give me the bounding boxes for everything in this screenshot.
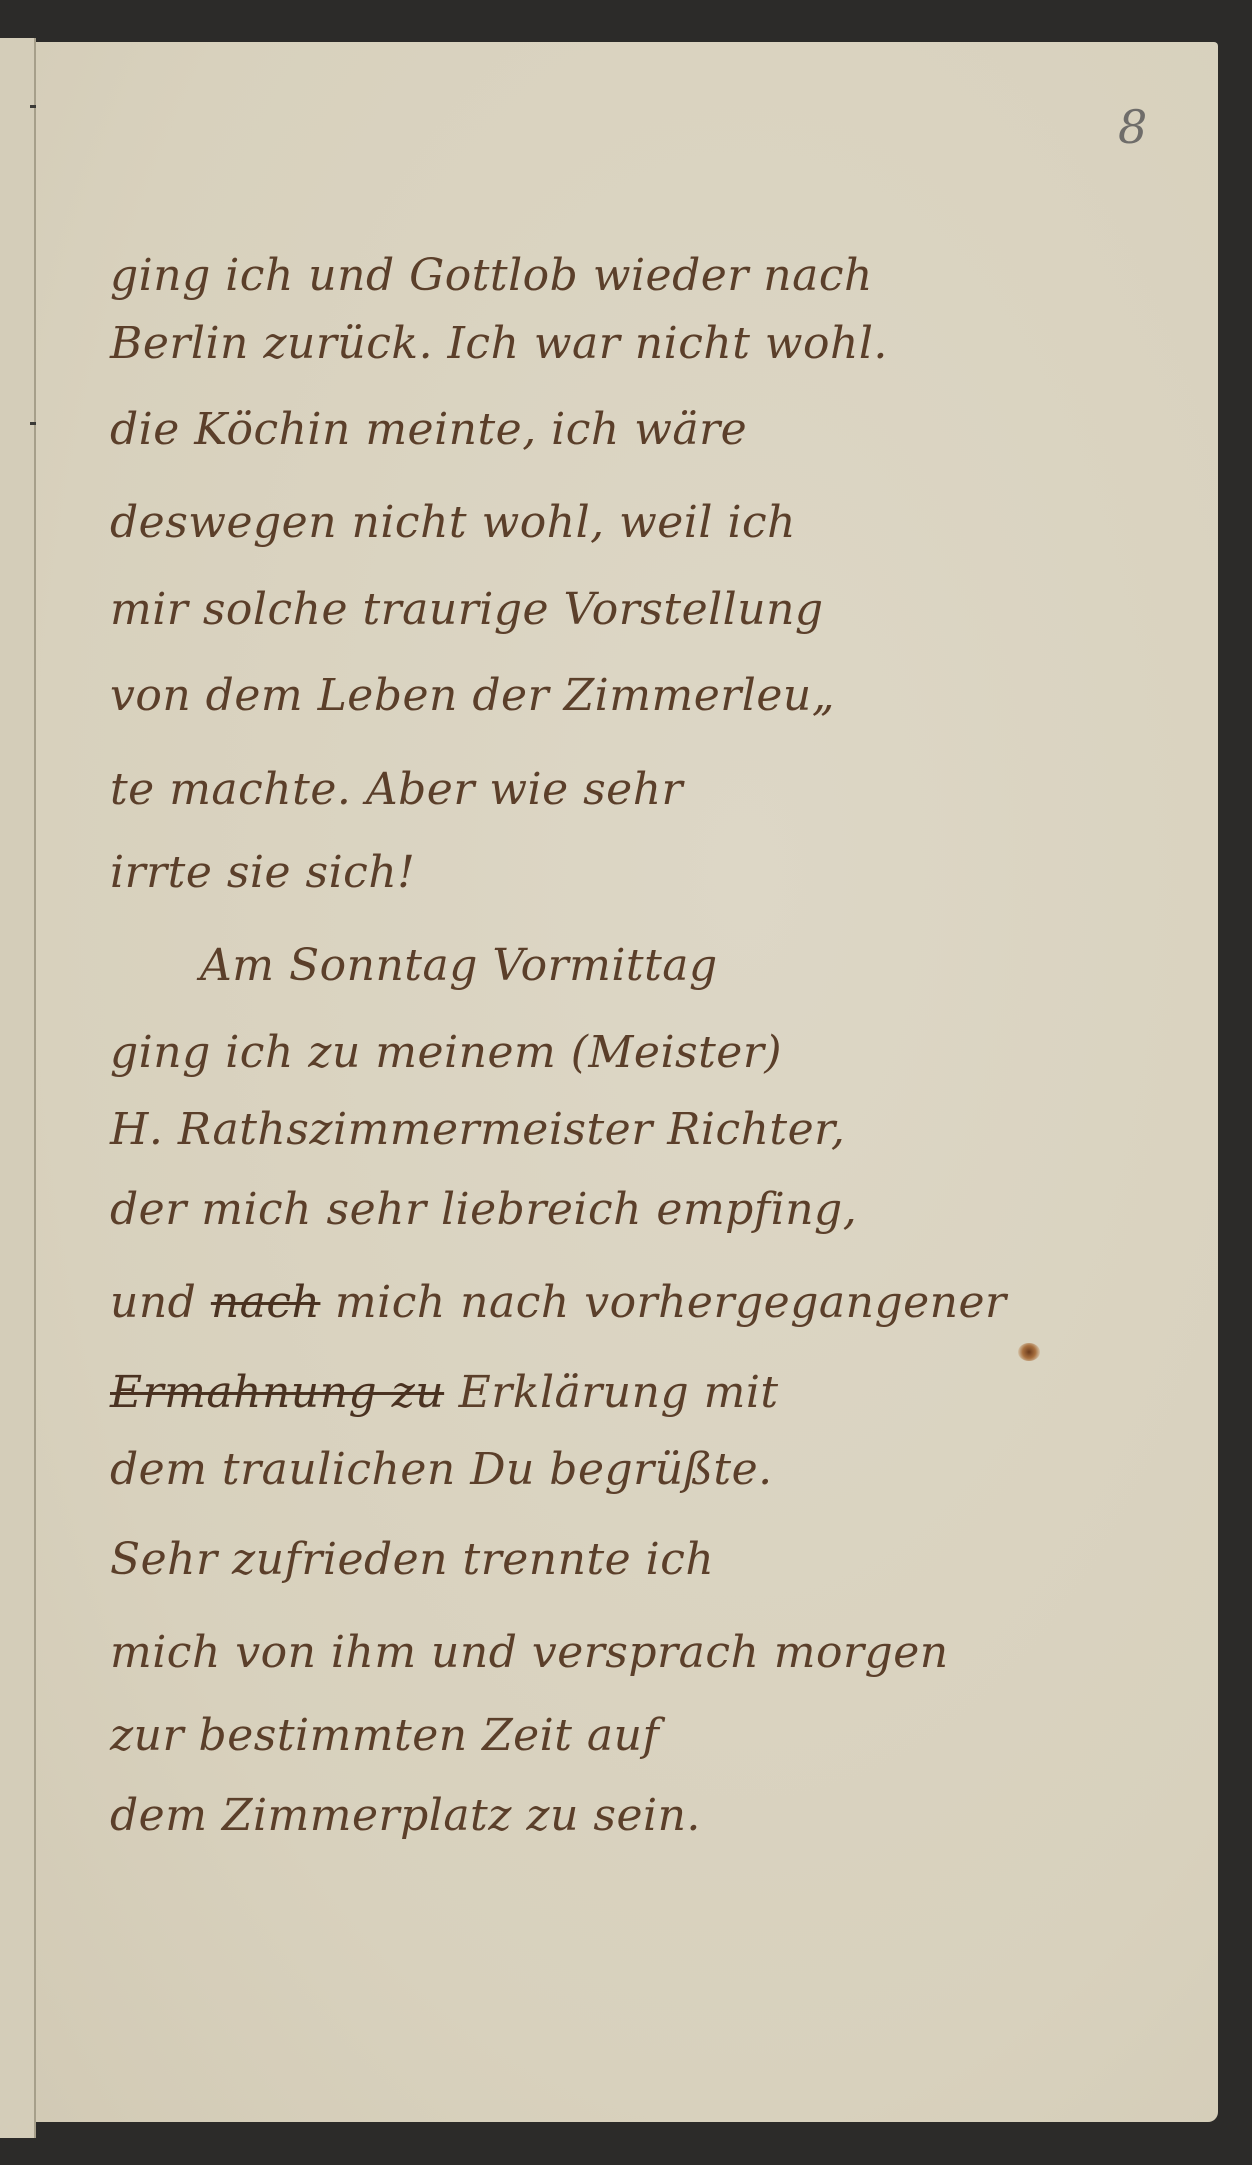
text-line: mir solche traurige Vorstellung	[110, 584, 824, 635]
text-line: Ermahnung zu Erklärung mit	[110, 1367, 779, 1418]
facing-page-edge	[0, 38, 36, 2138]
text-line: ging ich zu meinem (Meister)	[110, 1027, 782, 1078]
text-line: H. Rathszimmermeister Richter,	[110, 1104, 845, 1155]
text-line: dem Zimmerplatz zu sein.	[110, 1790, 701, 1841]
text-word: und	[110, 1277, 196, 1328]
text-line: te machte. Aber wie sehr	[110, 764, 683, 815]
text-line: zur bestimmten Zeit auf	[110, 1710, 659, 1761]
text-line: der mich sehr liebreich empfing,	[110, 1184, 857, 1235]
text-line: irrte sie sich!	[110, 847, 415, 898]
text-word: mich nach vorhergegangener	[335, 1277, 1007, 1328]
text-line: mich von ihm und versprach morgen	[110, 1627, 949, 1678]
struck-word: nach	[211, 1277, 321, 1328]
ink-stain	[1018, 1343, 1040, 1361]
text-line: die Köchin meinte, ich wäre	[110, 404, 747, 455]
text-line: Am Sonntag Vormittag	[200, 940, 718, 991]
text-line: und nach mich nach vorhergegangener	[110, 1277, 1007, 1328]
page-number: 8	[1118, 100, 1147, 154]
text-line: deswegen nicht wohl, weil ich	[110, 497, 796, 548]
text-line: von dem Leben der Zimmerleu„	[110, 670, 835, 721]
text-line: dem traulichen Du begrüßte.	[110, 1444, 773, 1495]
text-line: Berlin zurück. Ich war nicht wohl.	[110, 318, 888, 369]
text-line: ging ich und Gottlob wieder nach	[110, 250, 873, 301]
struck-words: Ermahnung zu	[110, 1367, 444, 1418]
text-line: Sehr zufrieden trennte ich	[110, 1534, 714, 1585]
text-word: Erklärung mit	[459, 1367, 779, 1418]
